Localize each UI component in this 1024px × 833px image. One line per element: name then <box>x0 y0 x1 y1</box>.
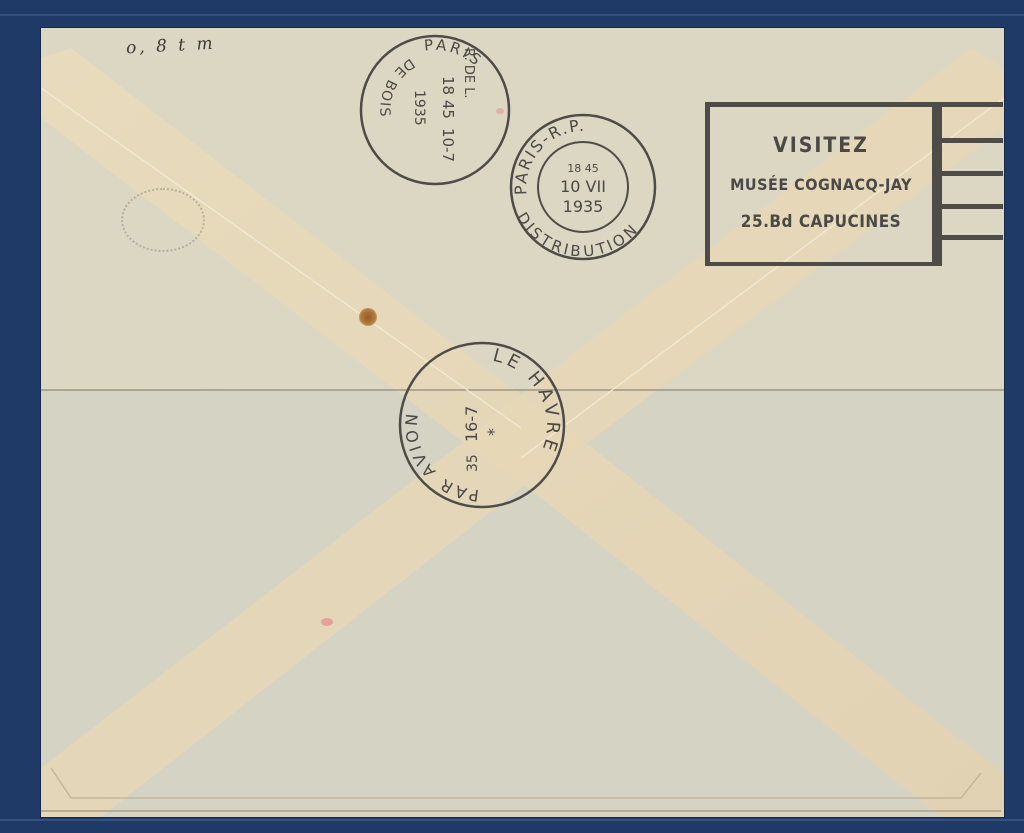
postmark-1-left-arc: R. DE L. <box>461 48 476 99</box>
rust-stain <box>359 308 377 326</box>
postmark-3-date: 16-7 <box>462 406 481 442</box>
postmark-3-year: 35 <box>465 454 481 472</box>
svg-text:LE HAVRE: LE HAVRE <box>491 345 564 457</box>
slogan-line-2: MUSÉE COGNACQ-JAY <box>710 175 932 194</box>
postmark-2-date: 10 VII <box>560 177 606 196</box>
postmark-1-time: 18 45 <box>439 76 457 119</box>
cancel-bars <box>937 102 1004 266</box>
slogan-line-3: 25.Bd CAPUCINES <box>710 212 932 232</box>
postmark-1-year: 1935 <box>411 90 427 126</box>
postmark-paris-de-bois: PARIS DE BOIS 18 45 10-7 1935 R. DE L. <box>355 30 515 190</box>
faint-mark <box>121 188 205 252</box>
postmark-3-star: * <box>484 428 503 436</box>
postmark-2-year: 1935 <box>563 197 604 216</box>
postmark-1-top-text: PARIS <box>422 30 489 79</box>
postmark-le-havre-avion: LE HAVRE PAR AVION 16-7 * 35 <box>395 338 569 512</box>
postmark-2-time: 18 45 <box>567 162 599 175</box>
red-speck <box>321 618 333 626</box>
postmark-3-top-text: LE HAVRE <box>491 345 564 457</box>
slogan-line-1: VISITEZ <box>710 133 932 157</box>
mount-edge-bottom <box>0 819 1024 821</box>
postmark-paris-rp-distribution: PARIS-R.P. DISTRIBUTION 18 45 10 VII 193… <box>506 110 661 265</box>
mount-edge-top <box>0 14 1024 16</box>
envelope-back: o, 8 t m PARIS DE BOIS 18 45 10-7 1935 R… <box>41 28 1004 817</box>
postmark-1-date: 10-7 <box>439 128 457 162</box>
slogan-cancel-box: VISITEZ MUSÉE COGNACQ-JAY 25.Bd CAPUCINE… <box>705 102 937 266</box>
svg-text:PARIS: PARIS <box>422 30 489 79</box>
